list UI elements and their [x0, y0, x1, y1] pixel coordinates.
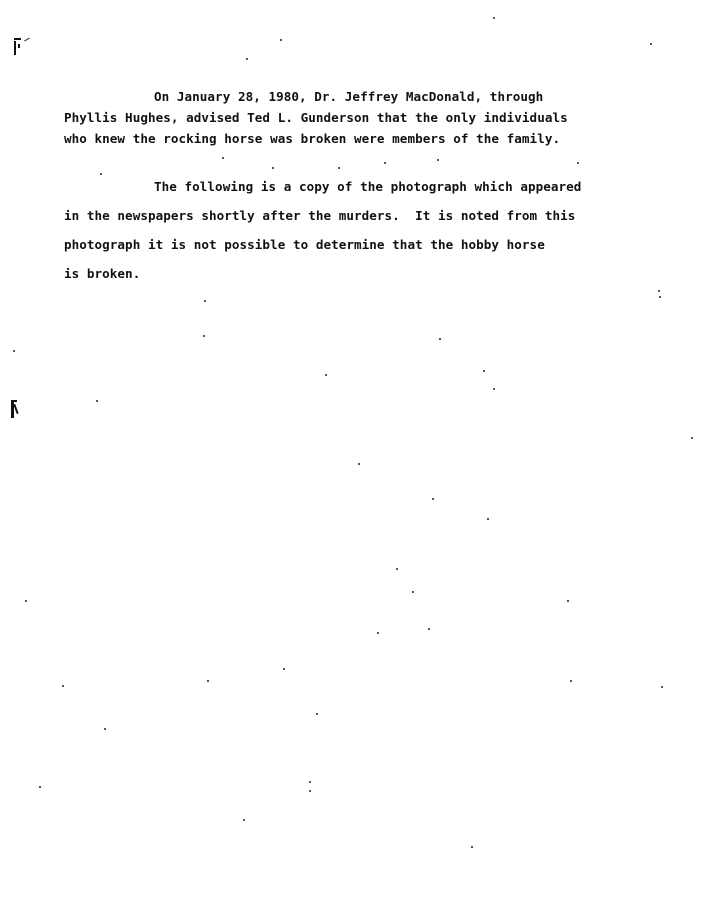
text-line: Phyllis Hughes, advised Ted L. Gunderson… — [64, 110, 568, 125]
text-line: is broken. — [64, 266, 140, 281]
text-line: in the newspapers shortly after the murd… — [64, 208, 575, 223]
text-line: The following is a copy of the photograp… — [154, 179, 581, 194]
text-line: who knew the rocking horse was broken we… — [64, 131, 560, 146]
scanned-document-page: On January 28, 1980, Dr. Jeffrey MacDona… — [0, 0, 720, 897]
text-line: photograph it is not possible to determi… — [64, 237, 545, 252]
text-line: On January 28, 1980, Dr. Jeffrey MacDona… — [154, 89, 543, 104]
